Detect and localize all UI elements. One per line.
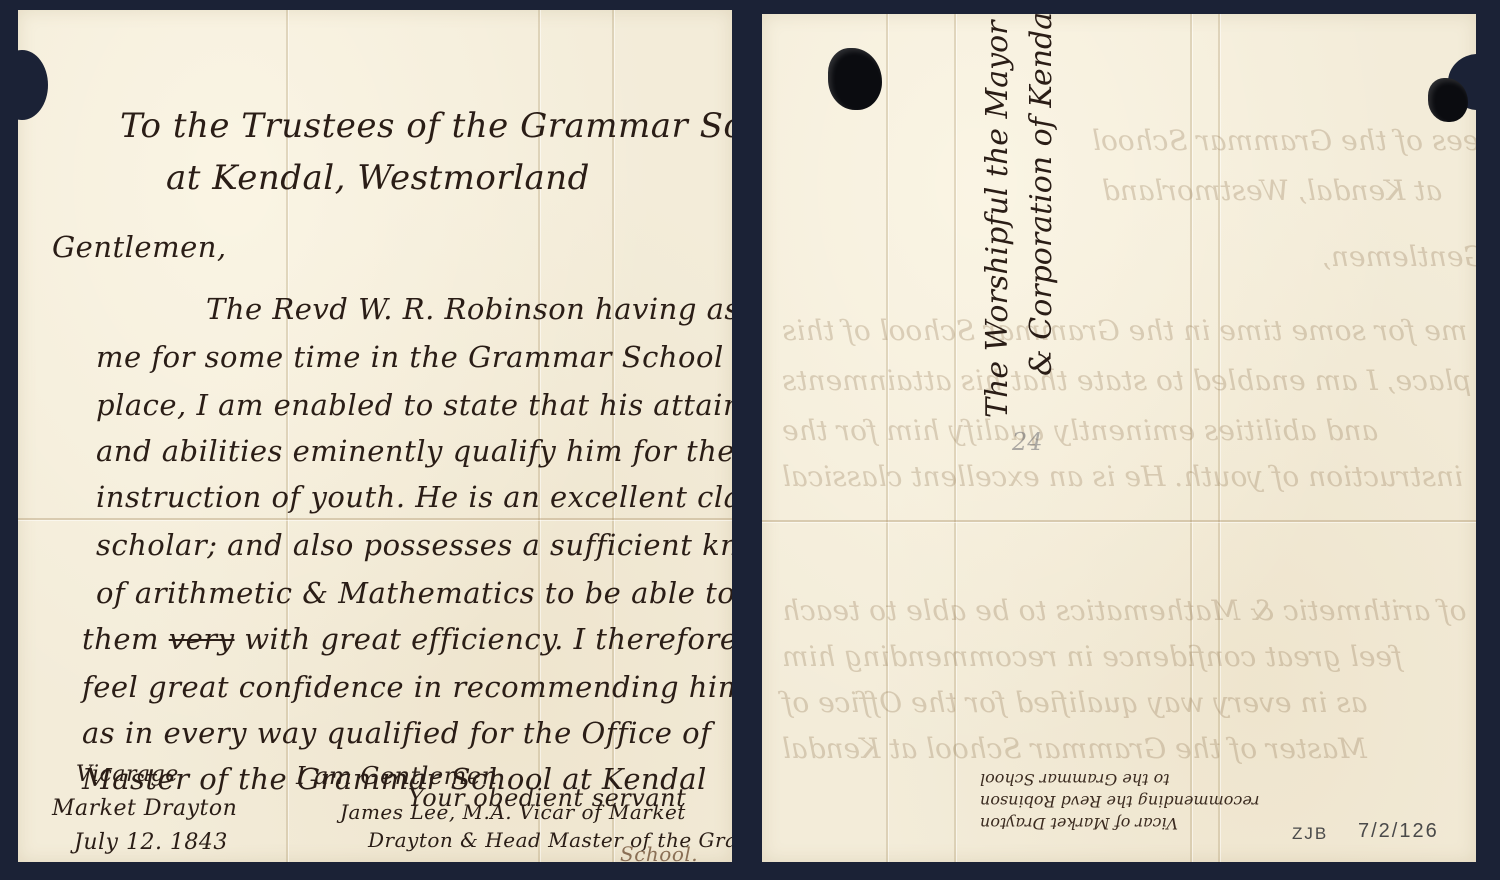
bleed-through-text: Gentlemen,	[1322, 240, 1476, 273]
place-line-2: Market Drayton	[52, 796, 237, 821]
archive-initials: ZJB	[1292, 824, 1328, 844]
body-line: place, I am enabled to state that his at…	[96, 388, 732, 422]
docket-line-1: Vicar of Market Drayton	[980, 814, 1178, 833]
wax-seal	[828, 48, 882, 110]
body-line: me for some time in the Grammar School o…	[96, 340, 732, 374]
body-line: feel great confidence in recommending hi…	[82, 670, 732, 704]
signature-line-1: James Lee, M.A. Vicar of Market	[340, 800, 686, 824]
bleed-through-text: instruction of youth. He is an excellent…	[782, 460, 1463, 493]
salutation: Gentlemen,	[52, 230, 227, 264]
bleed-through-text: and abilities eminently qualify him for …	[782, 414, 1378, 447]
letter-date: July 12. 1843	[74, 830, 228, 855]
address-line-2: at Kendal, Westmorland	[166, 158, 590, 198]
bleed-through-text: To the Trustees of the Grammar School	[1092, 124, 1476, 157]
archive-reference-number: 7/2/126	[1358, 820, 1439, 843]
body-line: scholar; and also possesses a sufficient…	[96, 528, 732, 562]
bleed-through-text: as in every way qualified for the Office…	[782, 686, 1367, 719]
bleed-through-text: of arithmetic & Mathematics to be able t…	[782, 594, 1466, 627]
bleed-through-text: Master of the Grammar School at Kendal	[782, 732, 1367, 765]
body-line: instruction of youth. He is an excellent…	[96, 480, 732, 514]
body-line: The Revd W. R. Robinson having assisted	[206, 292, 732, 326]
body-line: and abilities eminently qualify him for …	[96, 434, 732, 468]
bleed-through-text: at Kendal, Westmorland	[1102, 174, 1442, 207]
bleed-through-text: place, I am enabled to state that his at…	[782, 364, 1471, 397]
address-line-1: To the Trustees of the Grammar School	[120, 106, 732, 146]
wax-seal	[1428, 78, 1468, 122]
fold-line	[762, 520, 1476, 522]
docket-line-2: recommending the Revd Robinson	[980, 792, 1259, 811]
outer-address-line-2: & Corporation of Kendal.	[1024, 14, 1059, 376]
fold-line	[18, 518, 732, 520]
letter-page-back: To the Trustees of the Grammar School at…	[762, 14, 1476, 862]
torn-corner	[18, 50, 48, 120]
letter-page-front: To the Trustees of the Grammar School at…	[18, 10, 732, 862]
body-line-rest: with great efficiency. I therefore	[235, 622, 732, 656]
body-line: as in every way qualified for the Office…	[82, 716, 711, 750]
place-line-1: Vicarage	[76, 762, 179, 787]
outer-address-line-1: The Worshipful the Mayor	[980, 20, 1015, 418]
signature-line-3: School.	[620, 842, 698, 862]
pencil-note: 24	[1012, 428, 1043, 456]
body-line: them very with great efficiency. I there…	[82, 622, 732, 656]
docket-line-3: to the Grammar School	[980, 770, 1170, 789]
bleed-through-text: me for some time in the Grammar School o…	[782, 314, 1467, 347]
struck-word: very	[169, 622, 235, 656]
body-line-start: them	[82, 622, 169, 656]
bleed-through-text: feel great confidence in recommending hi…	[782, 640, 1402, 673]
body-line: of arithmetic & Mathematics to be able t…	[96, 576, 732, 610]
